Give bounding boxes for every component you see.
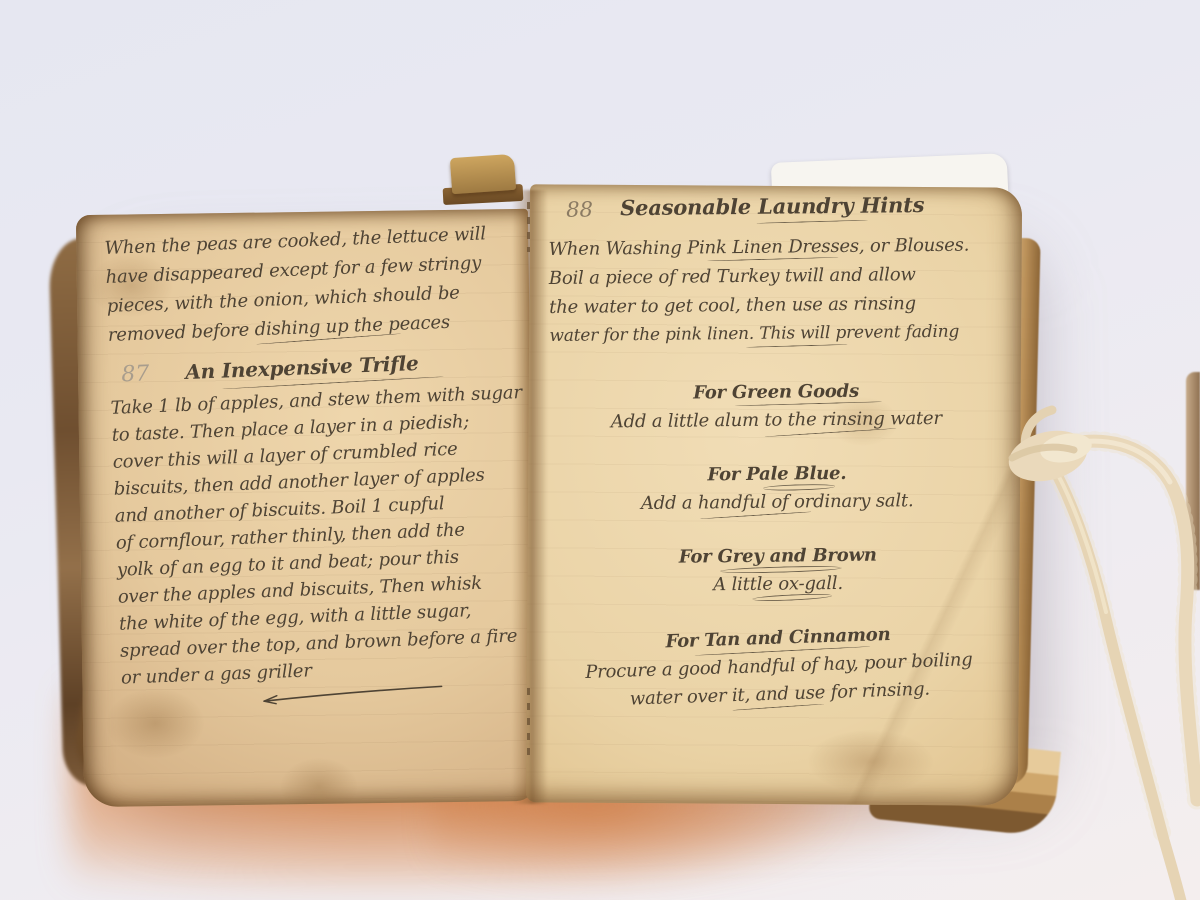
right-page-text: 88 Seasonable Laundry Hints When Washing…: [548, 191, 1005, 711]
text-line: Boil a piece of red Turkey twill and all…: [549, 259, 1001, 293]
pink-linen-paragraph: When Washing Pink Linen Dresses, or Blou…: [548, 230, 1001, 351]
recipe-title: Seasonable Laundry Hints: [620, 192, 924, 220]
leather-tab-icon: [450, 154, 516, 194]
binding-stitches-top: [527, 202, 530, 252]
recipe-title: An Inexpensive Trifle: [109, 347, 530, 387]
recipe-88-heading: 88 Seasonable Laundry Hints: [548, 191, 1000, 228]
binding-stitches-bottom: [527, 688, 530, 762]
section-green-goods: For Green Goods Add a little alum to the…: [550, 376, 1003, 437]
frayed-fabric-ties-icon: [1000, 398, 1200, 900]
recipe-number: 88: [566, 198, 593, 222]
section-pale-blue: For Pale Blue. Add a handful of ordinary…: [551, 458, 1004, 519]
lettuce-note-paragraph: When the peas are cooked, the lettuce wi…: [104, 218, 528, 350]
section-grey-brown: For Grey and Brown A little ox-gall.: [552, 540, 1005, 601]
trifle-recipe-paragraph: Take 1 lb of apples, and stew them with …: [110, 379, 541, 692]
section-line: Add a little alum to the rinsing water: [550, 404, 1002, 437]
recipe-number: 87: [121, 361, 150, 387]
text-line: the water to get cool, then use as rinsi…: [549, 288, 1001, 322]
hand-underline: [756, 220, 868, 224]
section-tan-cinnamon: For Tan and Cinnamon Procure a good hand…: [552, 617, 1007, 716]
left-page-text: When the peas are cooked, the lettuce wi…: [104, 218, 542, 712]
photograph-of-notebook: When the peas are cooked, the lettuce wi…: [0, 0, 1200, 900]
